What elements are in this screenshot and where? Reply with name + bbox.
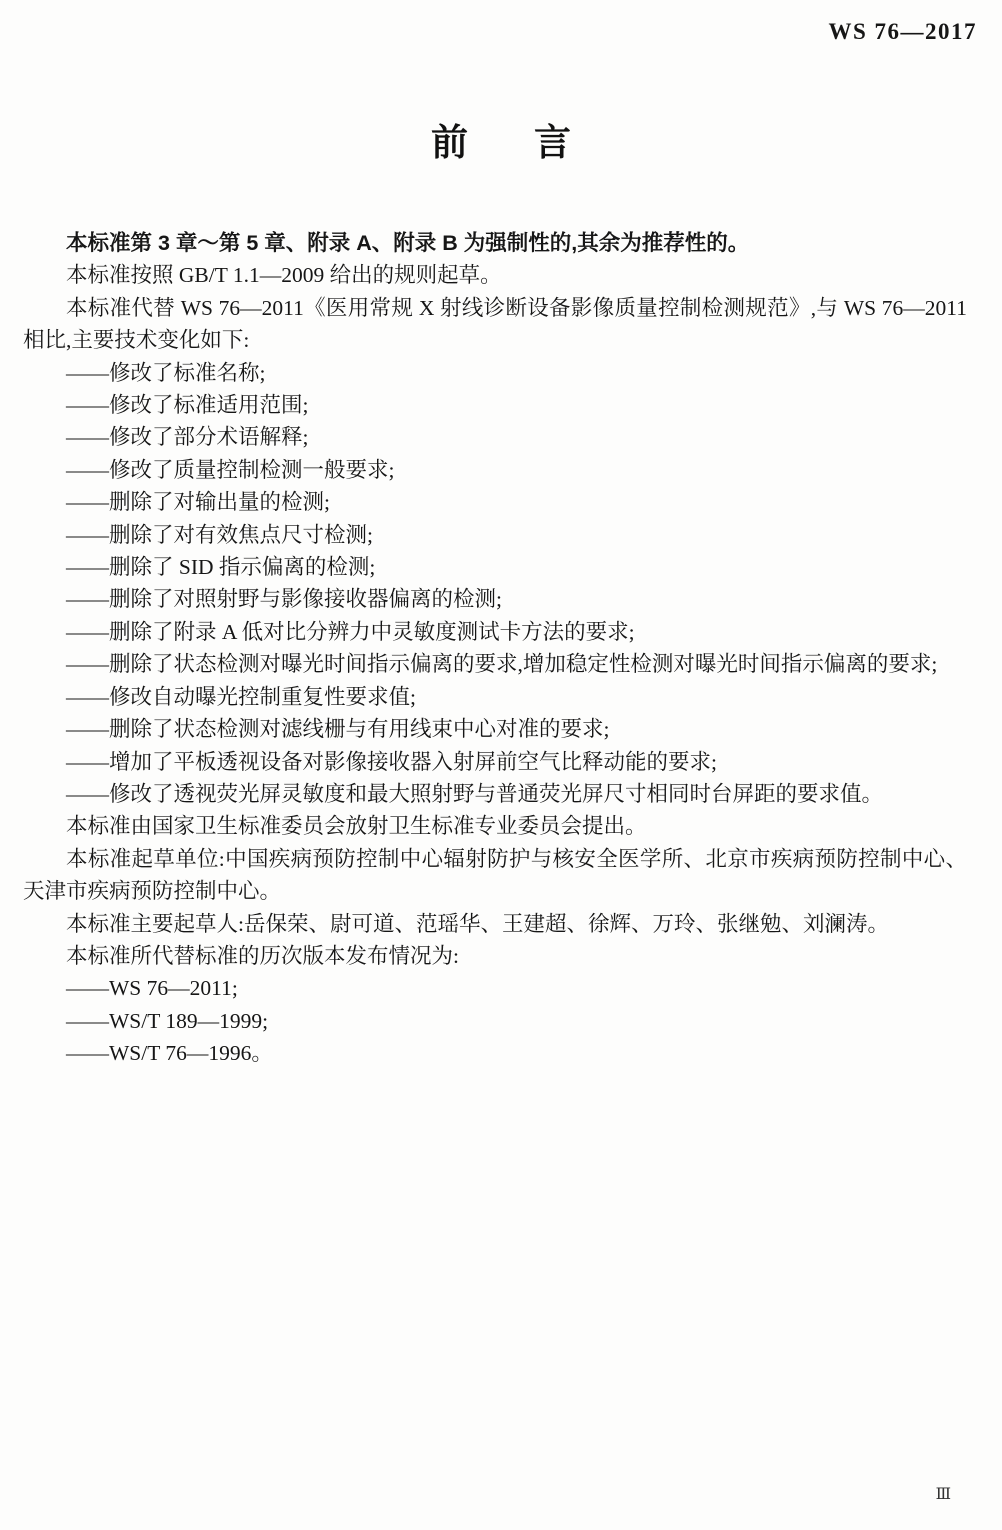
- change-item: ——增加了平板透视设备对影像接收器入射屏前空气比释动能的要求;: [23, 746, 967, 778]
- standard-code-header: WS 76—2017: [828, 19, 977, 45]
- replacement-statement: 本标准代替 WS 76—2011《医用常规 X 射线诊断设备影像质量控制检测规范…: [23, 292, 967, 357]
- change-item: ——删除了对输出量的检测;: [23, 486, 967, 518]
- history-item: ——WS/T 189—1999;: [23, 1005, 967, 1037]
- change-item: ——修改了透视荧光屏灵敏度和最大照射野与普通荧光屏尺寸相同时台屏距的要求值。: [23, 778, 967, 810]
- history-item: ——WS 76—2011;: [23, 972, 967, 1004]
- page-title: 前 言: [0, 121, 1002, 165]
- change-item: ——删除了状态检测对滤线栅与有用线束中心对准的要求;: [23, 713, 967, 745]
- change-item: ——修改了质量控制检测一般要求;: [23, 454, 967, 486]
- drafters-statement: 本标准主要起草人:岳保荣、尉可道、范瑶华、王建超、徐辉、万玲、张继勉、刘澜涛。: [23, 908, 967, 940]
- history-intro-statement: 本标准所代替标准的历次版本发布情况为:: [23, 940, 967, 972]
- history-item: ——WS/T 76—1996。: [23, 1037, 967, 1069]
- title-char-1: 前: [431, 121, 468, 165]
- document-page: WS 76—2017 前 言 本标准第 3 章～第 5 章、附录 A、附录 B …: [0, 0, 1002, 1530]
- page-number: Ⅲ: [936, 1484, 952, 1504]
- change-item: ——修改了标准适用范围;: [23, 389, 967, 421]
- drafting-units-statement: 本标准起草单位:中国疾病预防控制中心辐射防护与核安全医学所、北京市疾病预防控制中…: [23, 843, 967, 908]
- proposed-by-statement: 本标准由国家卫生标准委员会放射卫生标准专业委员会提出。: [23, 810, 967, 842]
- change-item: ——修改自动曝光控制重复性要求值;: [23, 681, 967, 713]
- change-item: ——删除了附录 A 低对比分辨力中灵敏度测试卡方法的要求;: [23, 616, 967, 648]
- scope-statement: 本标准第 3 章～第 5 章、附录 A、附录 B 为强制性的,其余为推荐性的。: [23, 227, 967, 259]
- change-item: ——删除了对照射野与影像接收器偏离的检测;: [23, 583, 967, 615]
- change-item: ——删除了 SID 指示偏离的检测;: [23, 551, 967, 583]
- drafting-rule-statement: 本标准按照 GB/T 1.1—2009 给出的规则起草。: [23, 259, 967, 291]
- foreword-body: 本标准第 3 章～第 5 章、附录 A、附录 B 为强制性的,其余为推荐性的。 …: [23, 227, 967, 1070]
- change-item: ——修改了部分术语解释;: [23, 421, 967, 453]
- change-item: ——删除了对有效焦点尺寸检测;: [23, 519, 967, 551]
- title-char-2: 言: [534, 121, 571, 165]
- change-item: ——修改了标准名称;: [23, 357, 967, 389]
- change-item: ——删除了状态检测对曝光时间指示偏离的要求,增加稳定性检测对曝光时间指示偏离的要…: [23, 648, 967, 680]
